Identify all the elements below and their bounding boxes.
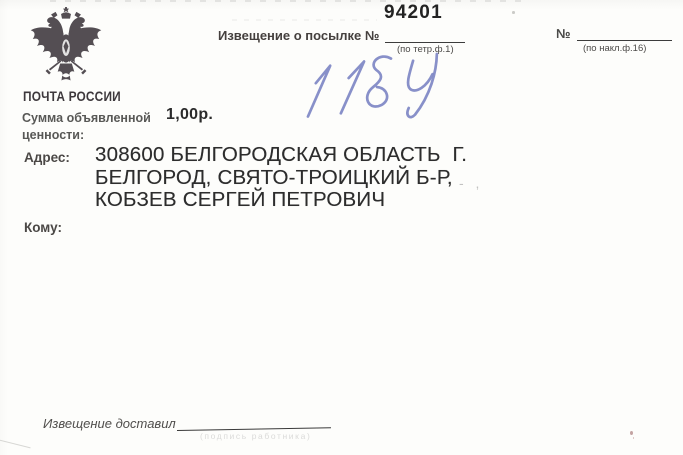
address-line: КОБЗЕВ СЕРГЕЙ ПЕТРОВИЧ [95, 189, 467, 212]
logo-text: ПОЧТА РОССИИ [23, 89, 121, 104]
handwritten-number [285, 47, 473, 128]
address-faint-marks: - , [459, 175, 483, 191]
notice-label: Извещение о посылке № [218, 28, 379, 43]
delivered-footnote: (подпись работника) [200, 431, 311, 441]
double-headed-eagle-icon [24, 7, 108, 90]
scan-artifact-dot [512, 11, 515, 14]
scan-artifact-top-dashes [50, 0, 525, 2]
address-line: 308600 БЕЛГОРОДСКАЯ ОБЛАСТЬ Г. [95, 144, 467, 167]
declared-value: 1,00р. [166, 106, 213, 124]
address-line: БЕЛГОРОД, СВЯТО-ТРОИЦКИЙ Б-Р, [95, 167, 467, 190]
declared-value-label-line1: Сумма объявленной [22, 110, 151, 127]
address-block: 308600 БЕЛГОРОДСКАЯ ОБЛАСТЬ Г. БЕЛГОРОД,… [95, 144, 467, 212]
form-number: 94201 [384, 2, 443, 24]
notice-number-blank-line [385, 27, 465, 43]
waybill-number-field: № [556, 25, 672, 41]
waybill-footnote: (по накл.ф.16) [583, 43, 646, 54]
declared-value-label: Сумма объявленной ценности: [22, 110, 151, 144]
postal-notice-form: ПОЧТА РОССИИ 94201 Извещение о посылке №… [0, 0, 683, 455]
delivered-label: Извещение доставил [43, 416, 176, 431]
scan-artifact-red-speck [630, 431, 633, 435]
declared-value-label-line2: ценности: [22, 127, 151, 144]
scan-artifact-ghost-dashes [232, 19, 377, 21]
address-label: Адрес: [24, 150, 70, 165]
waybill-no-label: № [556, 26, 571, 41]
delivered-field: Извещение доставил [43, 416, 331, 431]
notice-number-field: Извещение о посылке № [218, 27, 465, 43]
scan-artifact-corner-line [0, 439, 31, 449]
waybill-number-blank-line [577, 25, 672, 41]
recipient-label: Кому: [24, 220, 62, 235]
delivered-signature-line [177, 414, 331, 431]
